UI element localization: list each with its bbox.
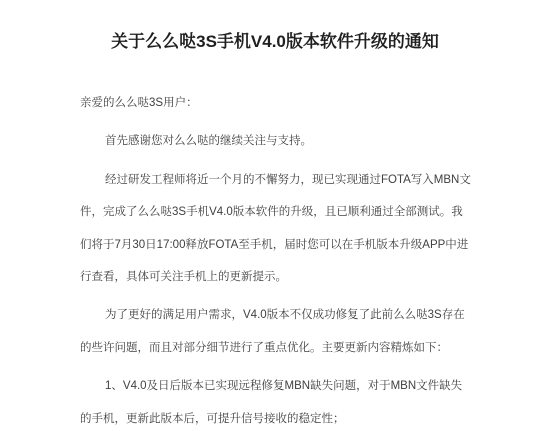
- text-line: 为了更好的满足用户需求，V4.0版本不仅成功修复了此前么么哒3S存在: [80, 299, 472, 331]
- text-line: 1、V4.0及日后版本已实现远程修复MBN缺失问题，对于MBN文件缺失: [80, 370, 472, 402]
- paragraph: 1、V4.0及日后版本已实现远程修复MBN缺失问题，对于MBN文件缺失的手机，更…: [80, 370, 472, 431]
- text-line: 亲爱的么么哒3S用户：: [80, 87, 472, 119]
- paragraph: 为了更好的满足用户需求，V4.0版本不仅成功修复了此前么么哒3S存在的些许问题，…: [80, 299, 472, 364]
- text-line: 行查看，具体可关注手机上的更新提示。: [80, 261, 472, 293]
- notice-document: 关于么么哒3S手机V4.0版本软件升级的通知 亲爱的么么哒3S用户：首先感谢您对…: [0, 0, 550, 431]
- text-line: 的些许问题，而且对部分细节进行了重点优化。主要更新内容精炼如下：: [80, 332, 472, 364]
- notice-title: 关于么么哒3S手机V4.0版本软件升级的通知: [0, 30, 550, 54]
- text-line: 们将于7月30日17:00释放FOTA至手机，届时您可以在手机版本升级APP中进: [80, 229, 472, 261]
- paragraph: 经过研发工程师将近一个月的不懈努力，现已实现通过FOTA写入MBN文件，完成了么…: [80, 164, 472, 294]
- text-line: 经过研发工程师将近一个月的不懈努力，现已实现通过FOTA写入MBN文: [80, 164, 472, 196]
- paragraph: 首先感谢您对么么哒的继续关注与支持。: [80, 125, 472, 157]
- text-line: 首先感谢您对么么哒的继续关注与支持。: [80, 125, 472, 157]
- notice-body: 亲爱的么么哒3S用户：首先感谢您对么么哒的继续关注与支持。经过研发工程师将近一个…: [0, 87, 550, 431]
- text-line: 件，完成了么么哒3S手机V4.0版本软件的升级，且已顺利通过全部测试。我: [80, 196, 472, 228]
- paragraph: 亲爱的么么哒3S用户：: [80, 87, 472, 119]
- text-line: 的手机，更新此版本后，可提升信号接收的稳定性；: [80, 403, 472, 431]
